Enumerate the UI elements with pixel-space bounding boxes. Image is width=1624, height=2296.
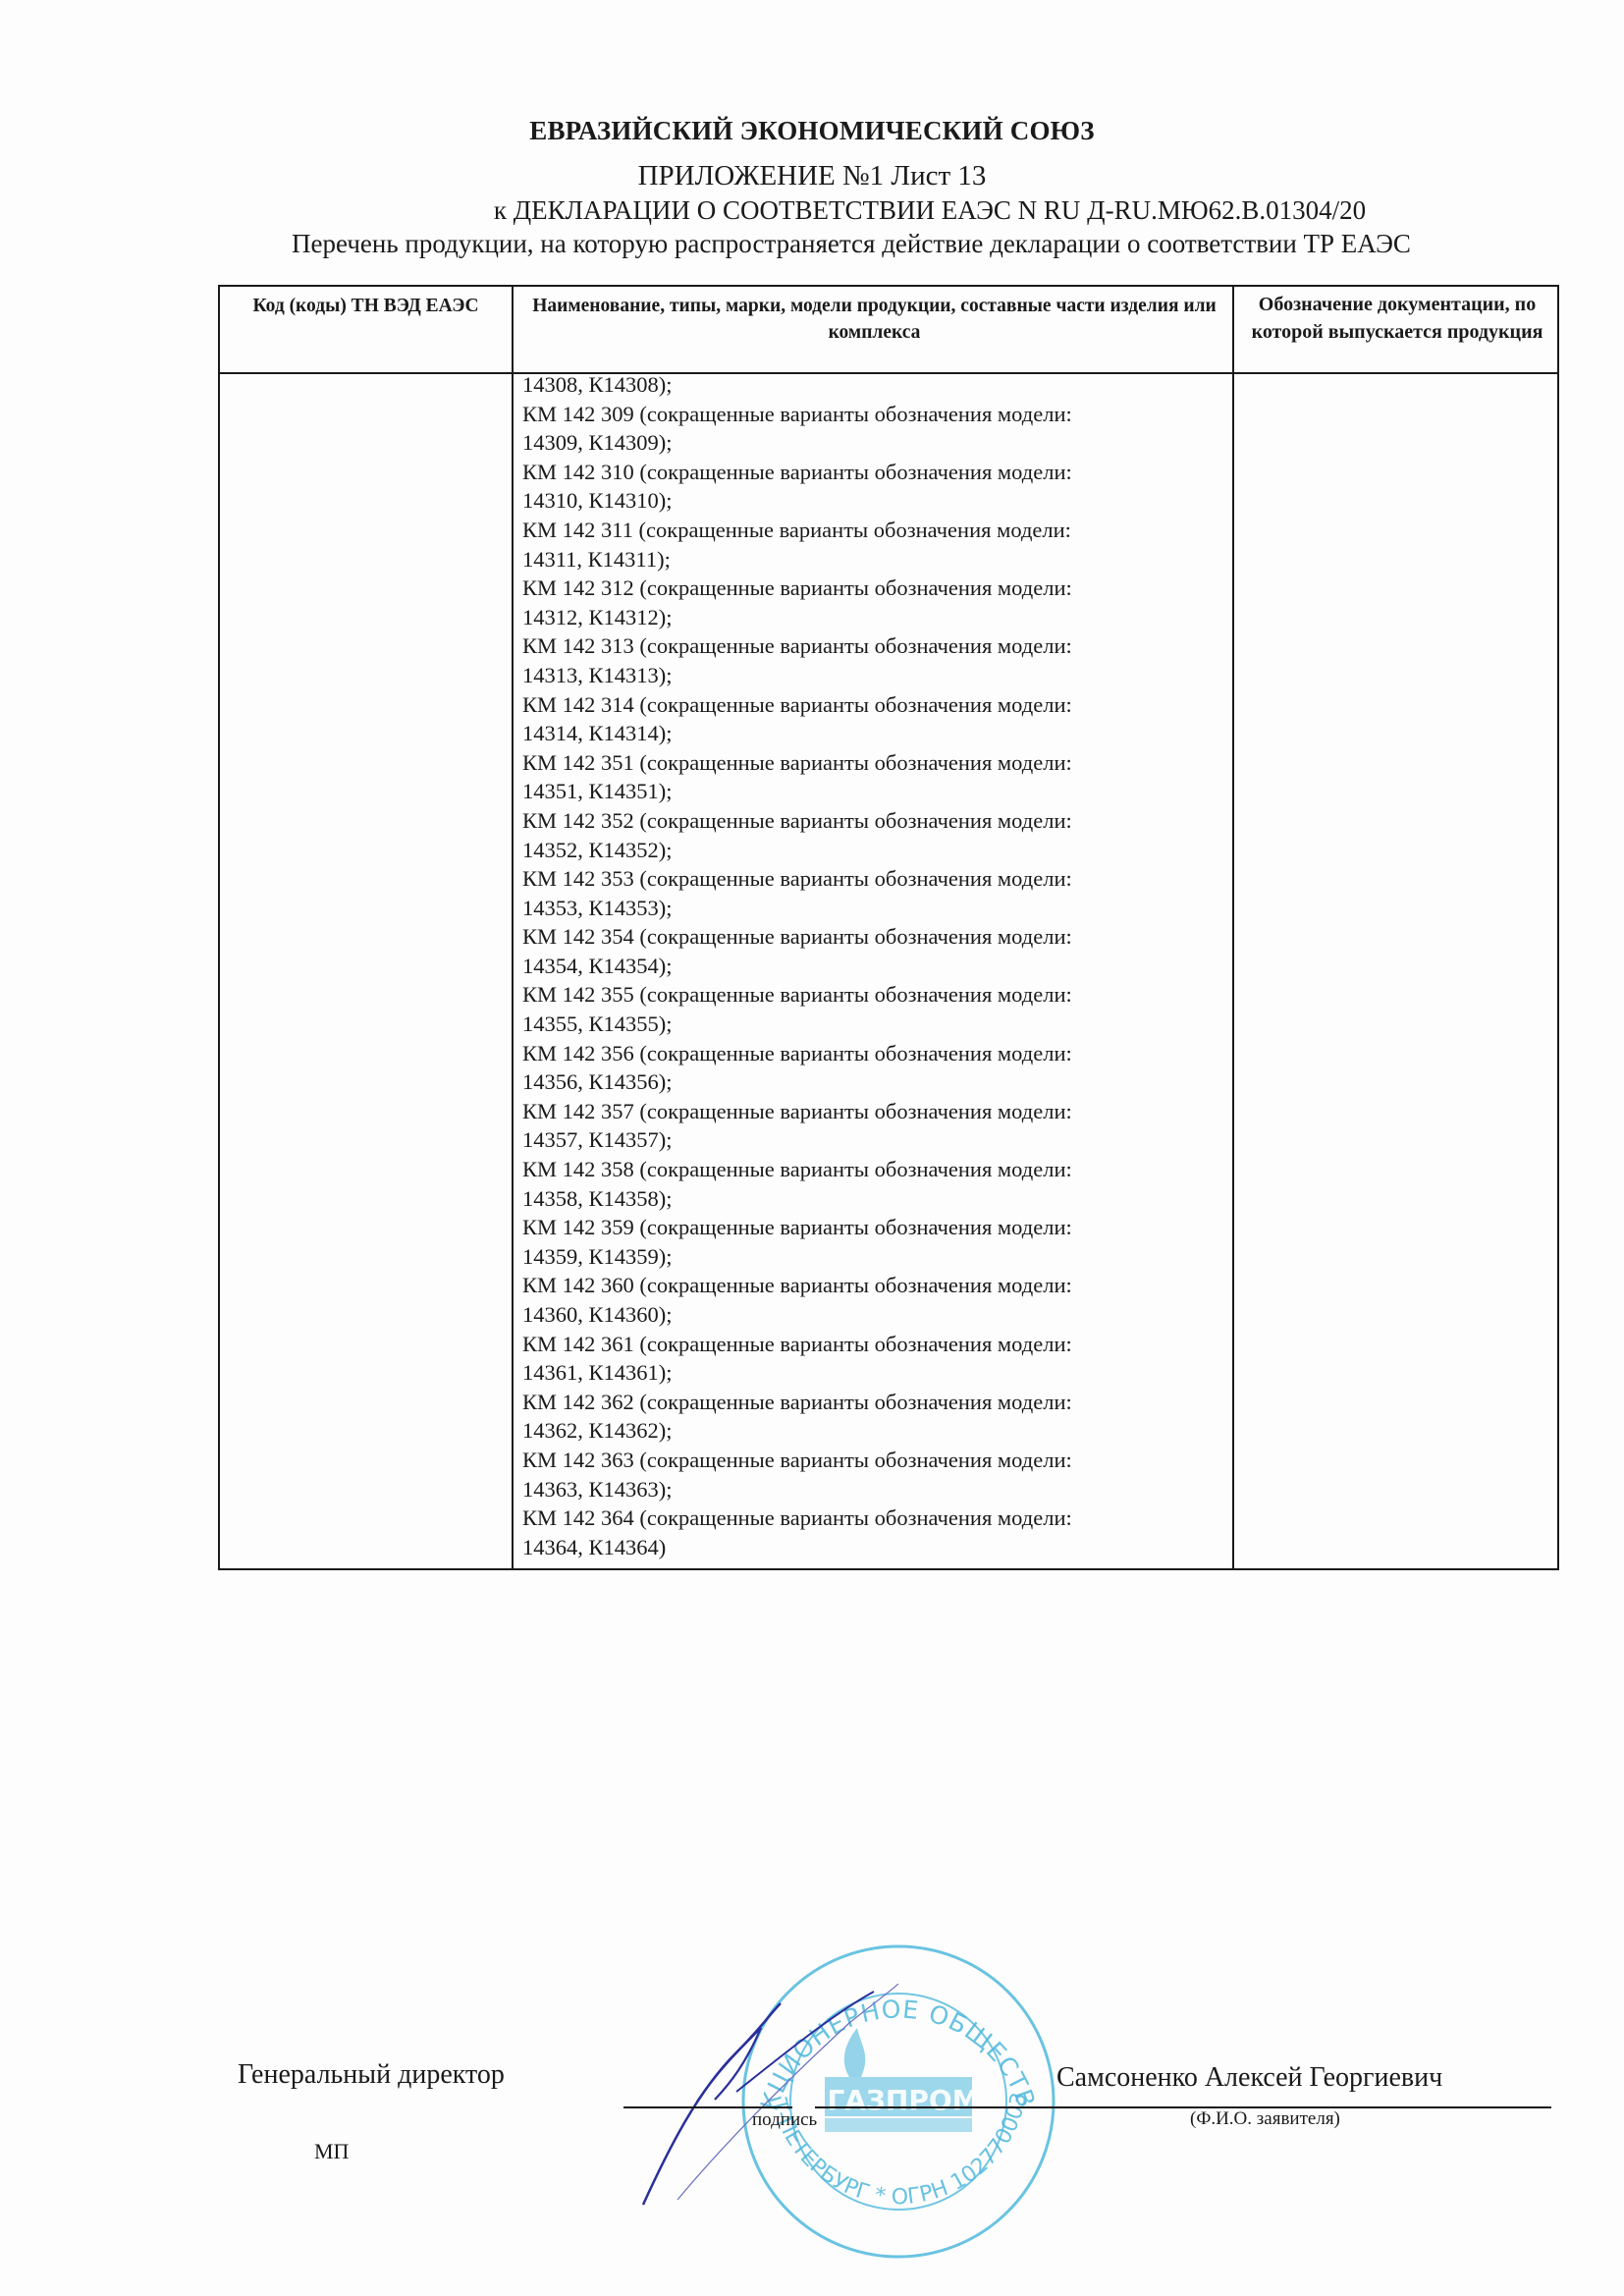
model-line: КМ 142 358 (сокращенные варианты обознач… <box>522 1155 1229 1184</box>
model-line: 14310, К14310); <box>522 486 1229 516</box>
column-divider <box>512 287 514 1568</box>
model-line: 14353, К14353); <box>522 894 1229 923</box>
model-line: 14358, К14358); <box>522 1184 1229 1214</box>
column-divider <box>1232 287 1234 1568</box>
signatory-name: Самсоненко Алексей Георгиевич <box>1056 2062 1442 2094</box>
model-line: КМ 142 309 (сокращенные варианты обознач… <box>522 400 1229 429</box>
model-line: КМ 142 353 (сокращенные варианты обознач… <box>522 864 1229 894</box>
model-line: 14362, К14362); <box>522 1416 1229 1446</box>
model-line: 14357, К14357); <box>522 1125 1229 1155</box>
model-line: КМ 142 314 (сокращенные варианты обознач… <box>522 690 1229 720</box>
model-line: 14308, К14308); <box>522 370 1229 400</box>
name-line <box>815 2106 1551 2108</box>
document-page: ЕВРАЗИЙСКИЙ ЭКОНОМИЧЕСКИЙ СОЮЗ ПРИЛОЖЕНИ… <box>0 0 1624 2296</box>
model-line: КМ 142 364 (сокращенные варианты обознач… <box>522 1503 1229 1533</box>
model-line: КМ 142 311 (сокращенные варианты обознач… <box>522 516 1229 545</box>
model-line: КМ 142 354 (сокращенные варианты обознач… <box>522 922 1229 952</box>
model-line: КМ 142 361 (сокращенные варианты обознач… <box>522 1330 1229 1359</box>
model-line: 14356, К14356); <box>522 1067 1229 1097</box>
model-line: 14351, К14351); <box>522 777 1229 806</box>
signatory-name-caption: (Ф.И.О. заявителя) <box>1190 2108 1340 2130</box>
model-line: КМ 142 360 (сокращенные варианты обознач… <box>522 1271 1229 1300</box>
model-line: КМ 142 359 (сокращенные варианты обознач… <box>522 1213 1229 1242</box>
model-line: 14311, К14311); <box>522 545 1229 574</box>
model-line: 14355, К14355); <box>522 1010 1229 1039</box>
column-header-documentation: Обозначение документации, по которой вып… <box>1235 291 1559 346</box>
model-line: КМ 142 355 (сокращенные варианты обознач… <box>522 980 1229 1010</box>
model-line: 14364, К14364) <box>522 1533 1229 1562</box>
model-line: КМ 142 357 (сокращенные варианты обознач… <box>522 1097 1229 1126</box>
model-line: 14359, К14359); <box>522 1242 1229 1272</box>
model-line: 14352, К14352); <box>522 836 1229 865</box>
model-line: КМ 142 356 (сокращенные варианты обознач… <box>522 1039 1229 1068</box>
column-header-name: Наименование, типы, марки, модели продук… <box>514 293 1235 346</box>
signatory-position: Генеральный директор <box>238 2059 505 2091</box>
model-line: КМ 142 363 (сокращенные варианты обознач… <box>522 1446 1229 1475</box>
signature-caption: подпись <box>752 2109 817 2131</box>
column-header-code: Код (коды) ТН ВЭД ЕАЭС <box>220 293 512 319</box>
declaration-reference: к ДЕКЛАРАЦИИ О СООТВЕТСТВИИ ЕАЭС N RU Д-… <box>118 195 1624 226</box>
seal-mark: МП <box>314 2139 349 2164</box>
signature-line <box>623 2106 792 2108</box>
product-list-title: Перечень продукции, на которую распростр… <box>39 229 1624 259</box>
model-line: 14314, К14314); <box>522 719 1229 748</box>
union-title: ЕВРАЗИЙСКИЙ ЭКОНОМИЧЕСКИЙ СОЮЗ <box>0 116 1624 146</box>
model-line: 14361, К14361); <box>522 1358 1229 1388</box>
model-line: 14309, К14309); <box>522 428 1229 458</box>
model-line: КМ 142 352 (сокращенные варианты обознач… <box>522 806 1229 836</box>
products-table: Код (коды) ТН ВЭД ЕАЭС Наименование, тип… <box>218 285 1559 1570</box>
model-line: КМ 142 362 (сокращенные варианты обознач… <box>522 1388 1229 1417</box>
model-line: 14354, К14354); <box>522 952 1229 981</box>
model-line: КМ 142 310 (сокращенные варианты обознач… <box>522 458 1229 487</box>
model-line: 14363, К14363); <box>522 1475 1229 1504</box>
model-line: КМ 142 351 (сокращенные варианты обознач… <box>522 748 1229 778</box>
appendix-title: ПРИЛОЖЕНИЕ №1 Лист 13 <box>0 160 1624 192</box>
model-line: 14360, К14360); <box>522 1300 1229 1330</box>
model-line: КМ 142 313 (сокращенные варианты обознач… <box>522 631 1229 661</box>
model-line: 14313, К14313); <box>522 661 1229 690</box>
handwritten-signature <box>638 1984 952 2210</box>
model-line: КМ 142 312 (сокращенные варианты обознач… <box>522 574 1229 603</box>
model-line: 14312, К14312); <box>522 603 1229 632</box>
models-cell: 14308, К14308);КМ 142 309 (сокращенные в… <box>522 370 1229 1561</box>
